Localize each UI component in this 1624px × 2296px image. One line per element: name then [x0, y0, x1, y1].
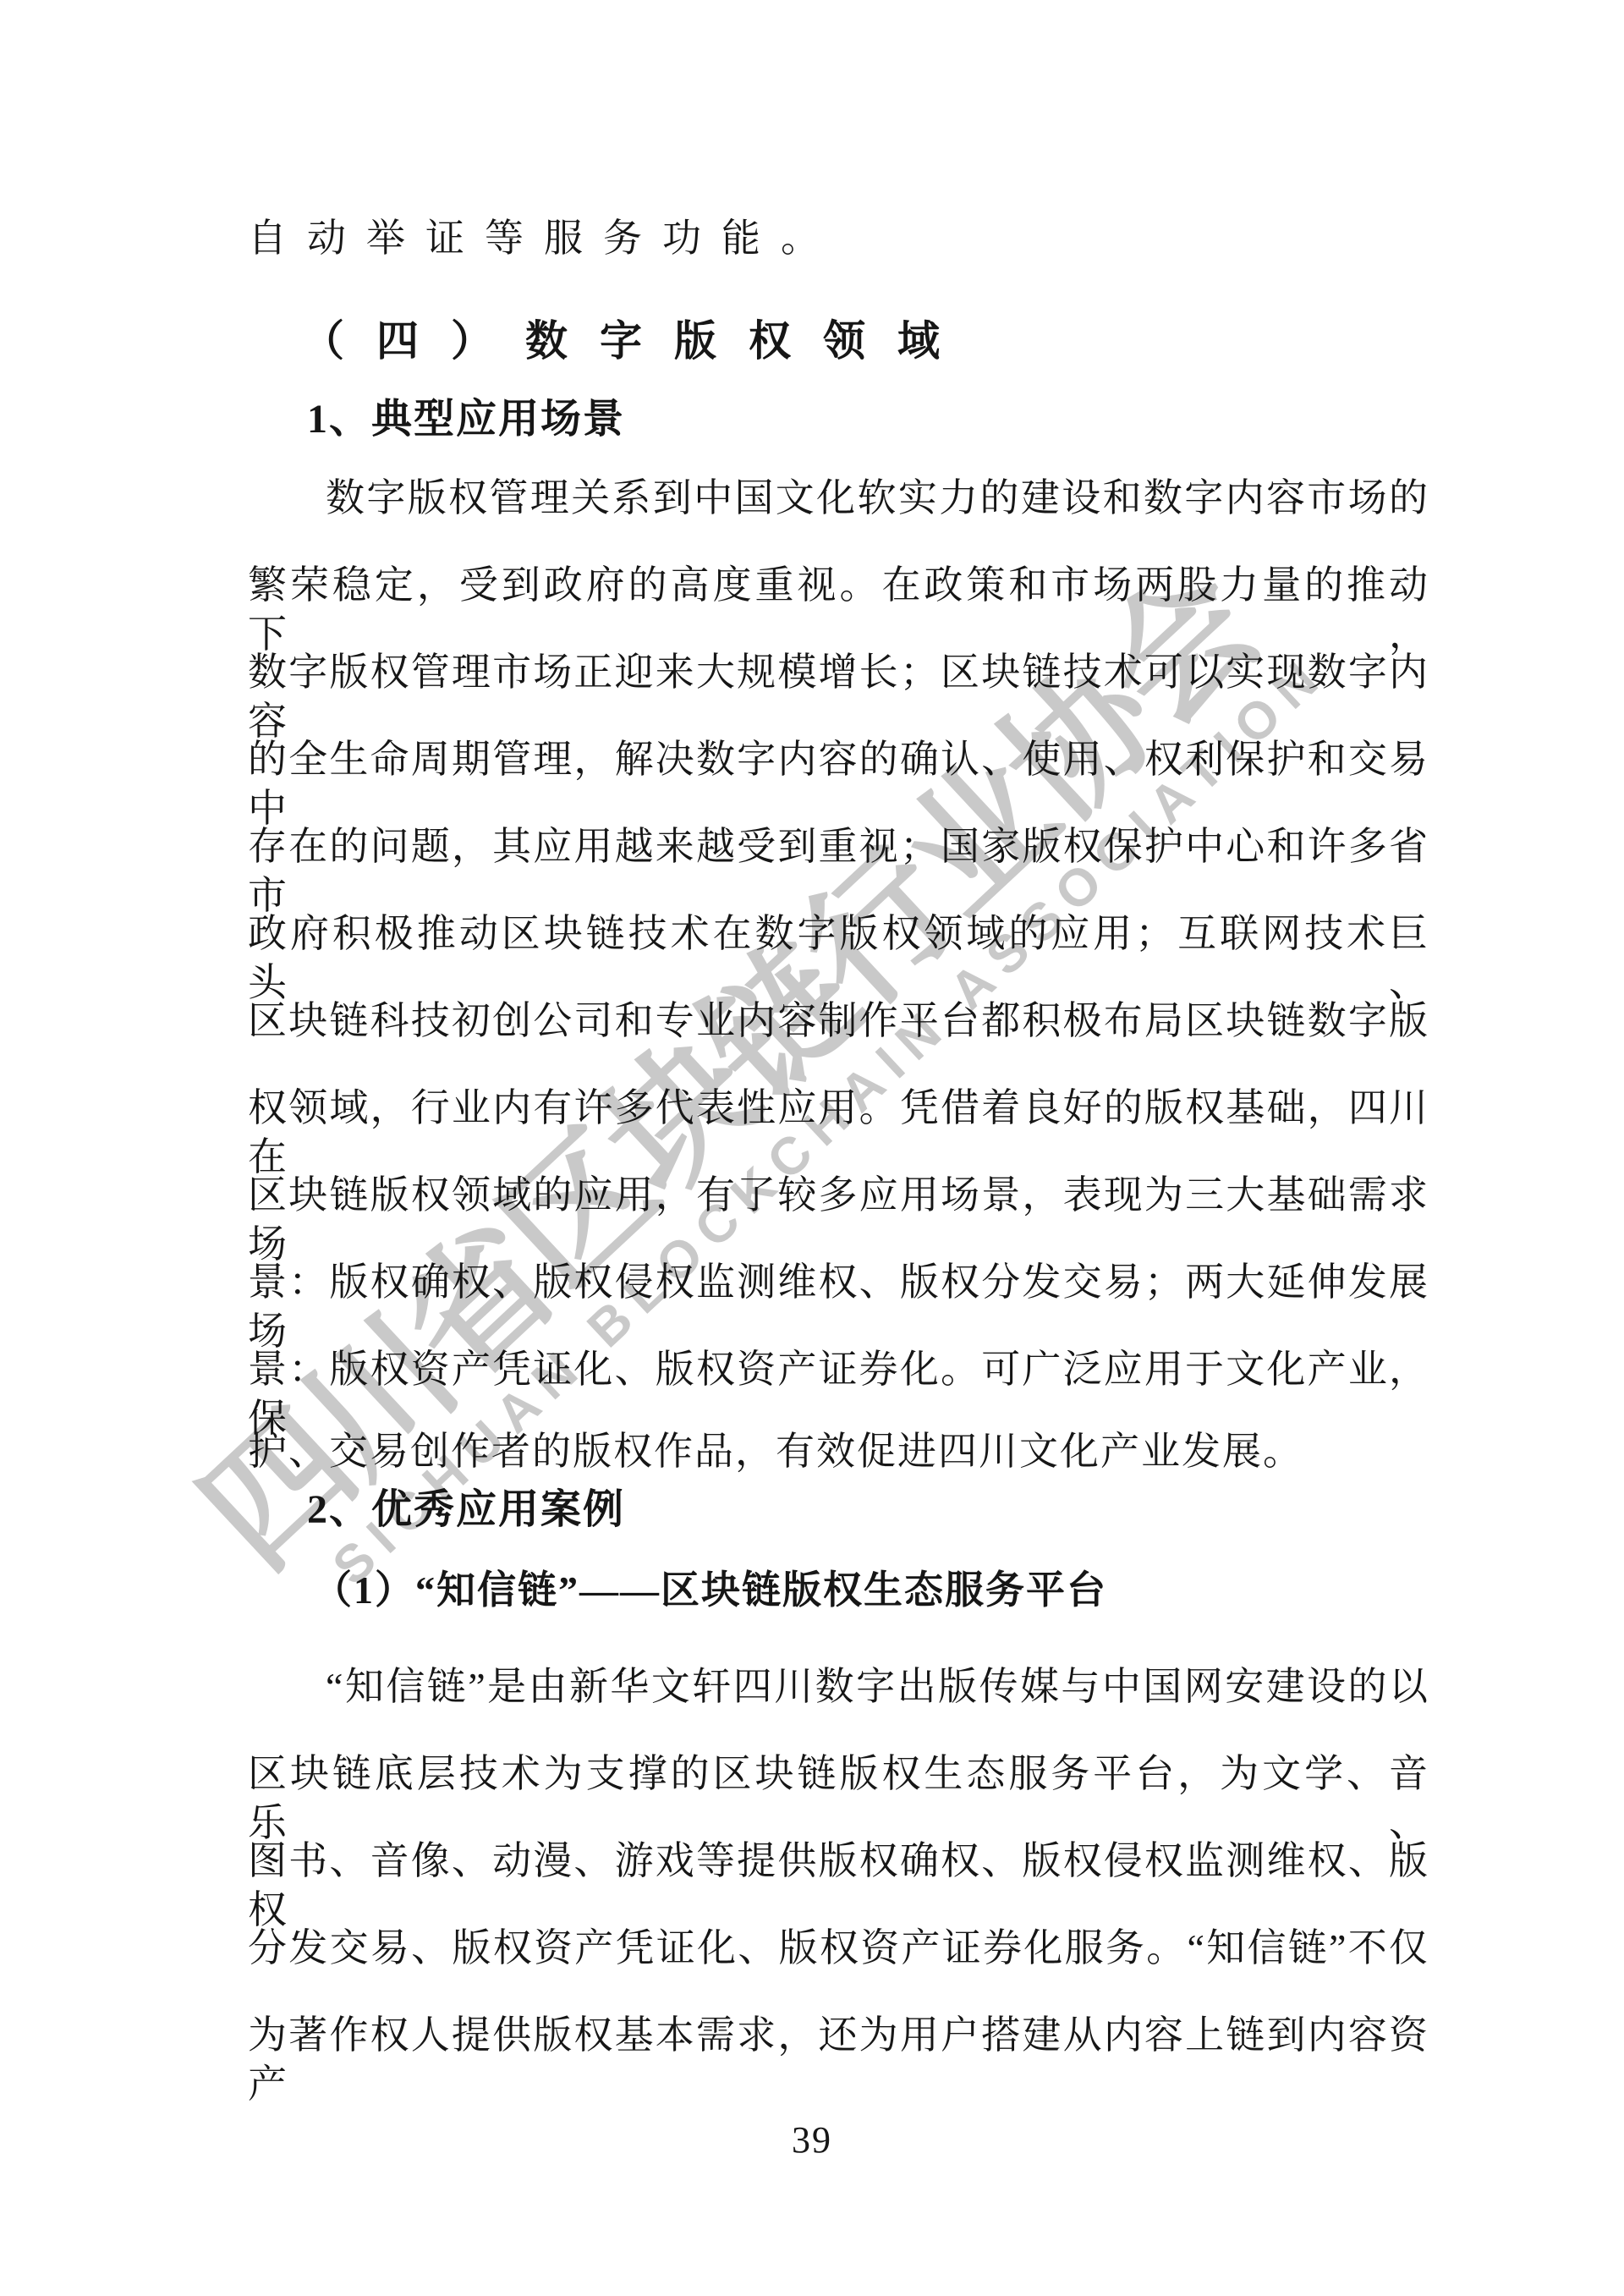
section-heading: （四）数字版权领域: [302, 316, 972, 365]
body-text-line: 景：版权确权、版权侵权监测维权、版权分发交易；两大延伸发展场: [248, 1258, 1429, 1356]
body-text-line: 区块链底层技术为支撑的区块链版权生态服务平台，为文学、音乐、: [248, 1749, 1429, 1848]
body-text-line: 护、交易创作者的版权作品，有效促进四川文化产业发展。: [248, 1427, 1429, 1476]
body-text-line: 数字版权管理市场正迎来大规模增长；区块链技术可以实现数字内容: [248, 648, 1429, 746]
body-text-line: 分发交易、版权资产凭证化、版权资产证券化服务。“知信链”不仅: [248, 1924, 1429, 1973]
document-page: 四川省区块链行业协会 SICHUAN BLOCKCHAIN ASSOCIATIO…: [0, 0, 1624, 2296]
body-text-line: 数字版权管理关系到中国文化软实力的建设和数字内容市场的: [248, 474, 1429, 523]
body-text-line: 图书、音像、动漫、游戏等提供版权确权、版权侵权监测维权、版权: [248, 1837, 1429, 1935]
subsection-heading: 1、典型应用场景: [307, 396, 625, 443]
body-text-line: 繁荣稳定，受到政府的高度重视。在政策和市场两股力量的推动下，: [248, 561, 1429, 659]
body-text-line: 区块链科技初创公司和专业内容制作平台都积极布局区块链数字版: [248, 997, 1429, 1046]
page-number: 39: [0, 2118, 1624, 2161]
body-text-line: 政府积极推动区块链技术在数字版权领域的应用；互联网技术巨头、: [248, 909, 1429, 1008]
body-text-line: 区块链版权领域的应用，有了较多应用场景，表现为三大基础需求场: [248, 1171, 1429, 1269]
body-text-line: 存在的问题，其应用越来越受到重视；国家版权保护中心和许多省市: [248, 822, 1429, 920]
body-text-line: 为著作权人提供版权基本需求，还为用户搭建从内容上链到内容资产: [248, 2011, 1429, 2109]
body-text-line: “知信链”是由新华文轩四川数字出版传媒与中国网安建设的以: [248, 1662, 1429, 1711]
subsection-heading: 2、优秀应用案例: [307, 1486, 625, 1534]
body-text-line: 自动举证等服务功能。: [248, 214, 1429, 263]
case-heading: （1）“知信链”——区块链版权生态服务平台: [313, 1568, 1107, 1613]
body-text-line: 的全生命周期管理，解决数字内容的确认、使用、权利保护和交易中: [248, 735, 1429, 833]
body-text-line: 权领域，行业内有许多代表性应用。凭借着良好的版权基础，四川在: [248, 1084, 1429, 1182]
